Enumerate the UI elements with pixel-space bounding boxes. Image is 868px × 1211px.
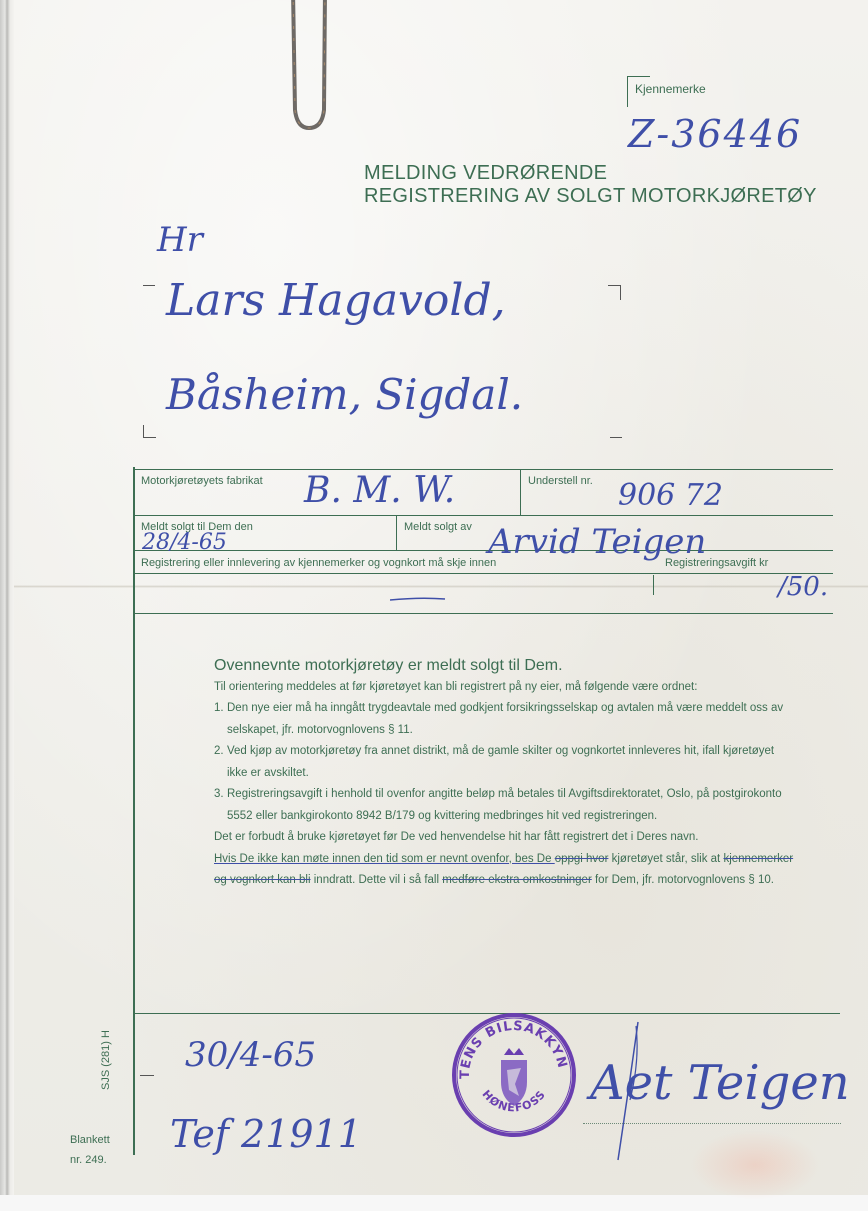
tick-mark — [140, 1075, 154, 1076]
list-item: 2. Ved kjøp av motorkjøretøy fra annet d… — [214, 741, 794, 784]
understell-value: 906 72 — [618, 478, 723, 513]
address-corner-tr — [608, 285, 621, 300]
form-rule-row2 — [133, 550, 833, 551]
scanner-edge — [0, 0, 14, 1211]
list-item: 1. Den nye eier må ha inngått trygdeavta… — [214, 698, 794, 741]
solgt-av-value: Arvid Teigen — [488, 522, 706, 562]
form-code: SJS (281) H — [100, 1030, 112, 1090]
body-intro: Til orientering meddeles at før kjøretøy… — [214, 677, 794, 699]
footer-phone: Tef 21911 — [170, 1112, 362, 1156]
body-prohibition: Det er forbudt å bruke kjøretøyet før De… — [214, 827, 794, 849]
paper-fold — [14, 585, 868, 588]
recipient-name: Lars Hagavold, — [166, 275, 506, 326]
document-title-line1: MELDING VEDRØRENDE — [364, 162, 607, 185]
body-heading: Ovennevnte motorkjøretøy er meldt solgt … — [214, 655, 794, 677]
address-corner-tl — [143, 285, 155, 286]
fabrikat-value: B. M. W. — [304, 470, 455, 511]
recipient-salutation: Hr — [157, 220, 203, 260]
form-rule-row4 — [133, 613, 833, 614]
form-rule-row1 — [133, 515, 833, 516]
address-corner-bl — [143, 425, 156, 438]
address-corner-br — [610, 437, 622, 438]
avgift-label: Registreringsavgift kr — [665, 557, 768, 569]
form-divider-understell — [520, 469, 521, 515]
ink-dash-mark — [390, 595, 450, 603]
form-top-rule — [133, 469, 833, 470]
paperclip-icon — [289, 0, 331, 140]
recipient-place: Båsheim, Sigdal. — [166, 370, 523, 419]
list-item: 3. Registreringsavgift i henhold til ove… — [214, 784, 794, 827]
footer-date: 30/4-65 — [185, 1035, 316, 1075]
document-title-line2: REGISTRERING AV SOLGT MOTORKJØRETØY — [364, 185, 817, 208]
fabrikat-label: Motorkjøretøyets fabrikat — [141, 475, 263, 487]
solgt-til-value: 28/4-65 — [142, 530, 227, 555]
kjennemerke-value: Z-36446 — [628, 112, 802, 156]
registrering-label: Registrering eller innlevering av kjenne… — [141, 557, 496, 569]
body-notice: Hvis De ikke kan møte innen den tid som … — [214, 849, 794, 892]
signature: Aet Teigen — [590, 1055, 850, 1111]
avgift-value: /50. — [778, 572, 828, 602]
understell-label: Understell nr. — [528, 475, 593, 487]
form-divider-avgift — [653, 575, 654, 595]
body-text: Ovennevnte motorkjøretøy er meldt solgt … — [214, 655, 794, 892]
form-left-border — [133, 467, 135, 1155]
solgt-av-label: Meldt solgt av — [404, 521, 472, 533]
form-rule-row3 — [133, 573, 833, 574]
form-divider-solgt-av — [396, 515, 397, 550]
kjennemerke-label: Kjennemerke — [635, 82, 706, 96]
signature-line — [583, 1123, 841, 1124]
blankett-number: Blankett nr. 249. — [70, 1130, 110, 1170]
paper-stain — [690, 1130, 820, 1200]
stamp-icon: STATENS BILSAKKYNDIGE HØNEFOSS — [449, 1010, 579, 1140]
